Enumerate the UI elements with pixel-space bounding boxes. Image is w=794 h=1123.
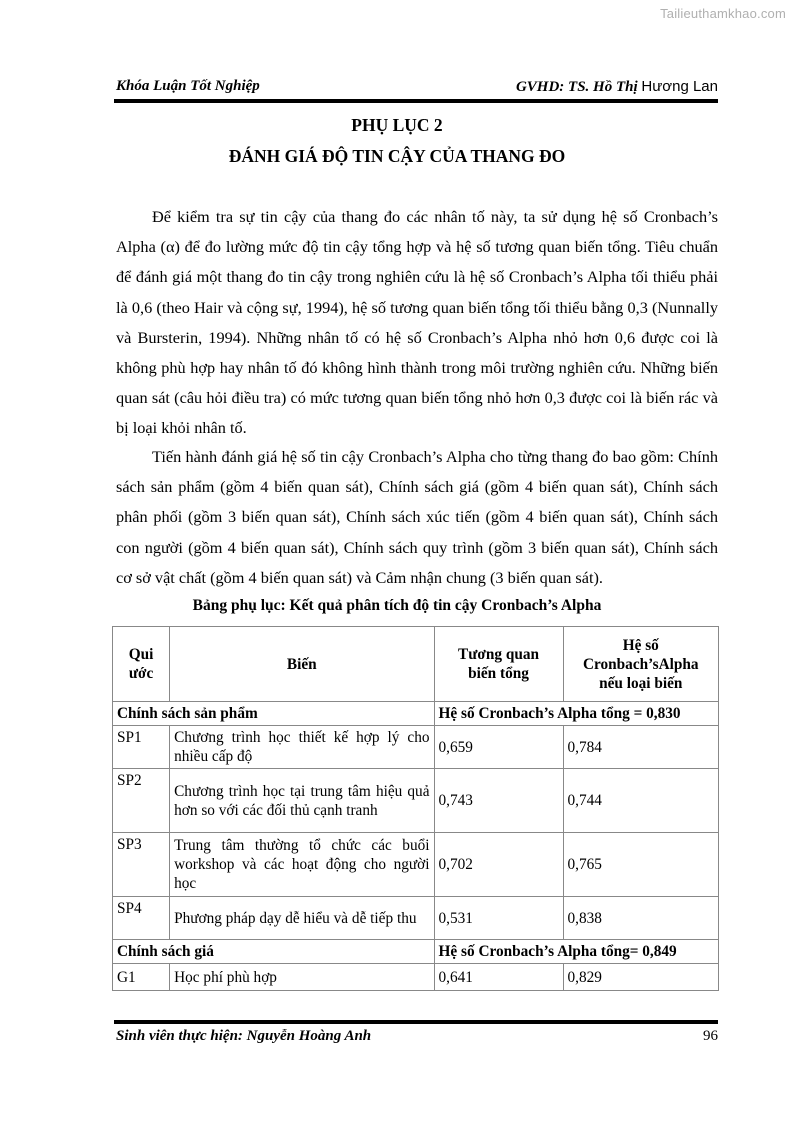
page-number: 96 bbox=[703, 1028, 718, 1045]
header-item-total-corr: Tương quanbiến tổng bbox=[434, 627, 563, 702]
row-variable: Phương pháp dạy dễ hiểu và dễ tiếp thu bbox=[170, 897, 434, 940]
row-item-total-corr: 0,743 bbox=[434, 769, 563, 833]
cronbach-alpha-table: Quiước Biến Tương quanbiến tổng Hệ sốCro… bbox=[112, 626, 719, 991]
header-variable: Biến bbox=[170, 627, 434, 702]
row-item-total-corr: 0,641 bbox=[434, 964, 563, 991]
row-alpha-if-deleted: 0,784 bbox=[563, 726, 718, 769]
table-row: SP3 Trung tâm thường tổ chức các buổi wo… bbox=[113, 833, 719, 897]
row-alpha-if-deleted: 0,744 bbox=[563, 769, 718, 833]
row-variable: Chương trình học thiết kế hợp lý cho nhi… bbox=[170, 726, 434, 769]
section-row: Chính sách giá Hệ số Cronbach’s Alpha tổ… bbox=[113, 940, 719, 964]
thesis-label: Khóa Luận Tốt Nghiệp bbox=[116, 78, 260, 95]
paragraph-scales: Tiến hành đánh giá hệ số tin cậy Cronbac… bbox=[116, 442, 718, 593]
row-code: SP4 bbox=[113, 897, 170, 940]
header-alpha-if-deleted: Hệ sốCronbach’sAlphanếu loại biến bbox=[563, 627, 718, 702]
advisor-title: GVHD: TS. Hồ Thị bbox=[516, 79, 638, 95]
section-name: Chính sách sản phẩm bbox=[113, 702, 435, 726]
table-row: G1 Học phí phù hợp 0,641 0,829 bbox=[113, 964, 719, 991]
section-total-alpha: Hệ số Cronbach’s Alpha tổng = 0,830 bbox=[434, 702, 719, 726]
row-item-total-corr: 0,531 bbox=[434, 897, 563, 940]
row-alpha-if-deleted: 0,765 bbox=[563, 833, 718, 897]
row-code: SP1 bbox=[113, 726, 170, 769]
appendix-subtitle: ĐÁNH GIÁ ĐỘ TIN CẬY CỦA THANG ĐO bbox=[0, 146, 794, 167]
header-rule bbox=[114, 99, 718, 103]
row-variable: Trung tâm thường tổ chức các buổi worksh… bbox=[170, 833, 434, 897]
row-variable: Học phí phù hợp bbox=[170, 964, 434, 991]
table-caption: Bảng phụ lục: Kết quả phân tích độ tin c… bbox=[0, 597, 794, 615]
advisor-name: Hương Lan bbox=[641, 78, 718, 95]
table-row: SP2 Chương trình học tại trung tâm hiệu … bbox=[113, 769, 719, 833]
row-code: G1 bbox=[113, 964, 170, 991]
paragraph-intro: Để kiểm tra sự tin cậy của thang đo các … bbox=[116, 202, 718, 444]
section-total-alpha: Hệ số Cronbach’s Alpha tổng= 0,849 bbox=[434, 940, 719, 964]
header-code: Quiước bbox=[113, 627, 170, 702]
student-label: Sinh viên thực hiện: Nguyễn Hoàng Anh bbox=[116, 1028, 371, 1045]
row-code: SP2 bbox=[113, 769, 170, 833]
table-row: SP4 Phương pháp dạy dễ hiểu và dễ tiếp t… bbox=[113, 897, 719, 940]
section-name: Chính sách giá bbox=[113, 940, 435, 964]
row-alpha-if-deleted: 0,829 bbox=[563, 964, 718, 991]
table-row: SP1 Chương trình học thiết kế hợp lý cho… bbox=[113, 726, 719, 769]
section-row: Chính sách sản phẩm Hệ số Cronbach’s Alp… bbox=[113, 702, 719, 726]
row-code: SP3 bbox=[113, 833, 170, 897]
page-header: Khóa Luận Tốt Nghiệp GVHD: TS. Hồ Thị Hư… bbox=[116, 78, 718, 98]
row-alpha-if-deleted: 0,838 bbox=[563, 897, 718, 940]
watermark: Tailieuthamkhao.com bbox=[660, 6, 786, 21]
appendix-title: PHỤ LỤC 2 bbox=[0, 115, 794, 136]
row-item-total-corr: 0,659 bbox=[434, 726, 563, 769]
table-header-row: Quiước Biến Tương quanbiến tổng Hệ sốCro… bbox=[113, 627, 719, 702]
row-variable: Chương trình học tại trung tâm hiệu quả … bbox=[170, 769, 434, 833]
row-item-total-corr: 0,702 bbox=[434, 833, 563, 897]
footer-rule bbox=[114, 1020, 718, 1024]
advisor-label: GVHD: TS. Hồ Thị Hương Lan bbox=[516, 78, 718, 96]
